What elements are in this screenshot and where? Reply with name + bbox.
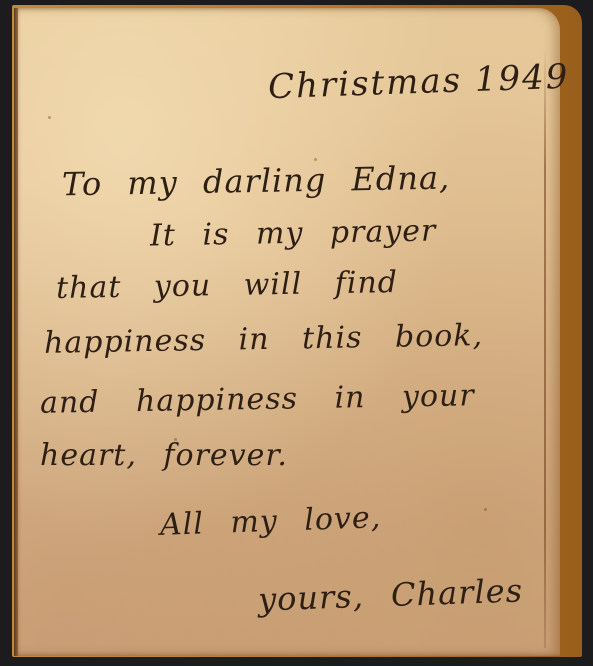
photo-frame: Christmas 1949 To my darling Edna, It is… xyxy=(0,0,593,666)
paper-speck xyxy=(484,508,487,511)
body-line: heart, forever. xyxy=(40,438,288,473)
body-line: It is my prayer xyxy=(150,214,437,254)
page-fold-line xyxy=(544,48,546,648)
body-line: that you will find xyxy=(56,265,399,306)
salutation: To my darling Edna, xyxy=(62,159,451,204)
paper-speck xyxy=(48,116,51,119)
page-binding-edge xyxy=(14,8,18,656)
